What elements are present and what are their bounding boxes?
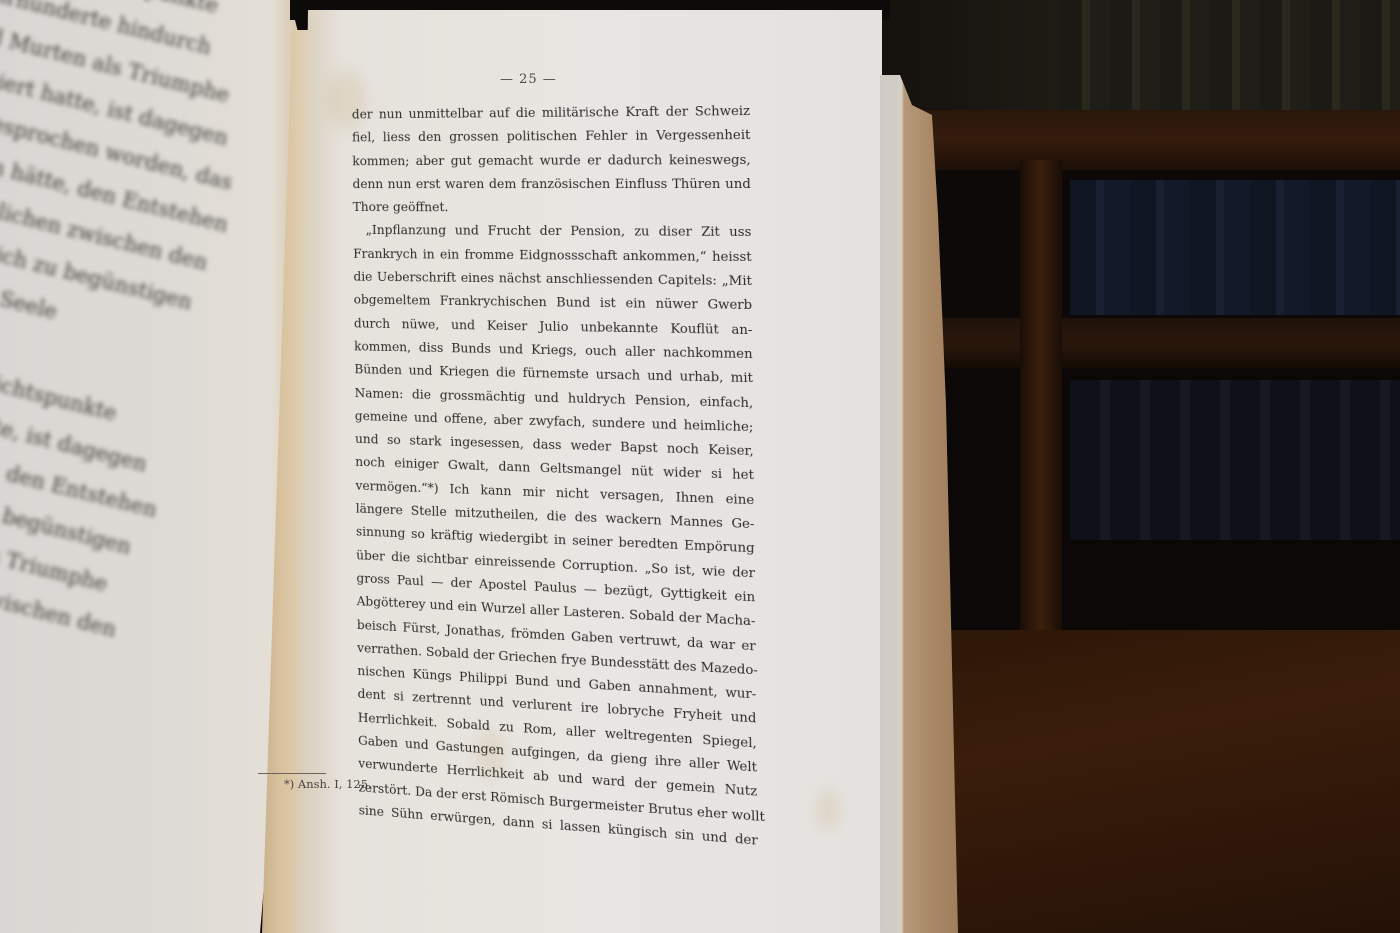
book-spines-middle-row [1070,180,1400,315]
shelf-post [1020,160,1062,660]
page-body-text: der nun unmittelbar auf die militärische… [352,100,758,854]
text-line: fiel, liess den grossen politischen Fehl… [352,124,751,150]
left-page: diesen Gesichtspunkte Jahrhunderte hindu… [0,0,300,933]
footnote: *) Ansh. I, 125. [284,777,372,791]
left-page-text: diesen Gesichtspunkte Jahrhunderte hindu… [0,0,299,657]
text-line: kommen; aber gut gemacht wurde er dadurc… [352,149,751,174]
paper-stain [816,790,840,830]
text-line: „Inpflanzung und Frucht der Pension, zu … [353,220,752,246]
text-line: Thore geöffnet. [353,197,752,222]
shelf-board [880,110,1400,170]
wooden-table [940,630,1400,933]
text-line: der nun unmittelbar auf die militärische… [352,100,751,127]
page-number: — 25 — [500,72,557,87]
text-line: denn nun erst waren dem französischen Ei… [352,173,751,197]
shelf-board [880,318,1400,368]
book-spines-lower-row [1070,380,1400,540]
book-spines-top-row [1060,0,1400,115]
footnote-rule [258,773,326,774]
